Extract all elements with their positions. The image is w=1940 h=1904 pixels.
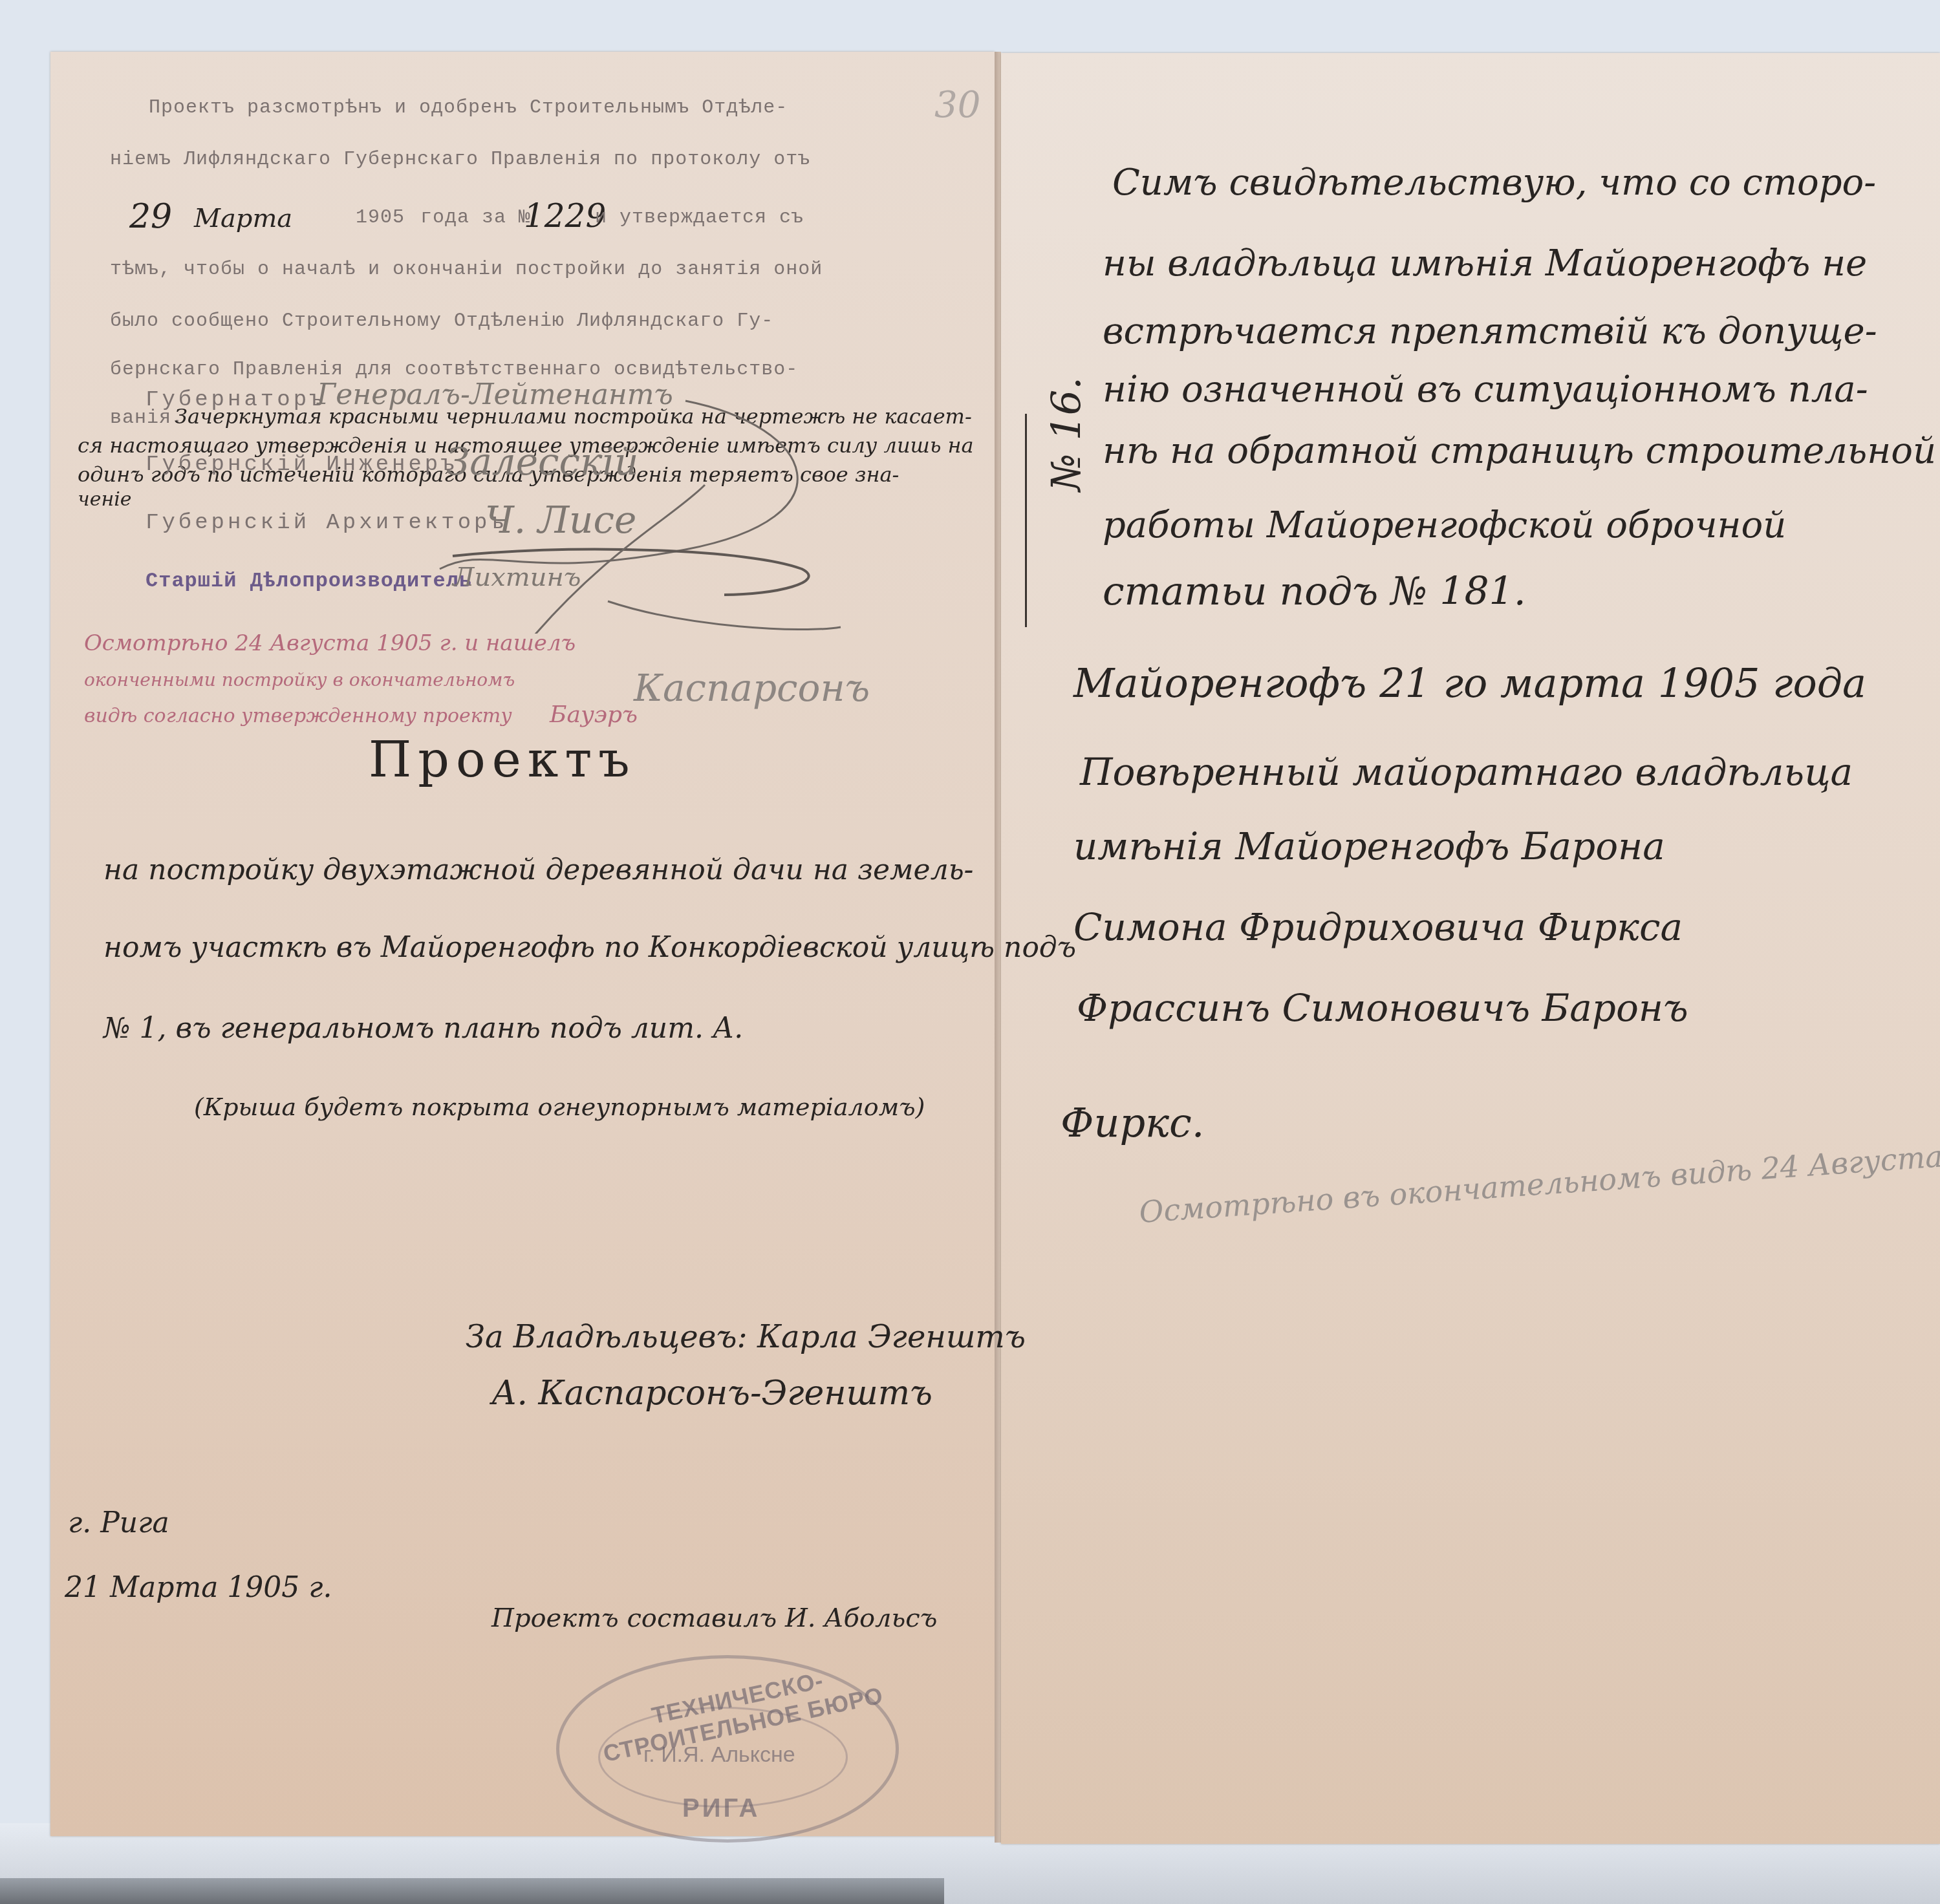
document-title: Проектъ [369,731,636,788]
approval-handwritten-month: Марта [194,204,292,233]
margin-bracket [1025,414,1036,627]
approval-handwritten-number: 1229 [524,197,606,235]
bureau-stamp: ТЕХНИЧЕСКО-СТРОИТЕЛЬНОЕ БЮРО г. И.Я. Аль… [556,1655,899,1843]
official-title-engineer: Губернскій Инженеръ [145,453,458,477]
signatory-line-4: Фрассинъ Симоновичъ Баронъ [1077,986,1688,1030]
certificate-line-6: работы Майоренгофской оброчной [1103,504,1786,546]
red-note-line-1: Осмотрѣно 24 Августа 1905 г. и нашелъ [84,630,576,656]
certificate-line-5: нѣ на обратной страницѣ строительной [1103,430,1936,472]
approval-handwritten-day: 29 [129,197,172,236]
owner-signature-line-2: А. Каспарсонъ-Эгенштъ [491,1374,932,1413]
description-line-1: на постройку двухэтажной деревянной дачи… [103,853,973,886]
approval-line-6: было сообщено Строительному Отдѣленію Ли… [110,310,773,332]
signatory-line-3: Симона Фридриховича Фиркса [1073,905,1683,949]
description-roof-note: (Крыша будетъ покрыта огнеупорнымъ матер… [194,1093,925,1121]
red-note-line-2: оконченными постройку в окончательномъ [84,669,515,690]
certificate-place-date: Майоренгофъ 21 го марта 1905 года [1073,659,1866,707]
owner-signature-line-1: За Владѣльцевъ: Карла Эгенштъ [466,1319,1026,1355]
official-title-governor: Губернаторъ [145,388,326,412]
signatory-line-5: Фиркс. [1061,1099,1205,1146]
background-photo-strip [0,1878,944,1904]
place-label: г. Рига [68,1506,169,1539]
signature-flourish-icon [414,388,854,634]
signatory-line-1: Повѣренный майоратнаго владѣльца [1080,750,1853,794]
certificate-line-4: нію означенной въ ситуаціонномъ пла- [1103,369,1868,411]
document-date: 21 Марта 1905 г. [65,1571,332,1604]
approval-line-2: ніемъ Лифляндскаго Губернскаго Правленія… [110,149,810,171]
description-line-3: № 1, въ генеральномъ планѣ подъ лит. А. [103,1012,743,1045]
note-line-4: ченіе [78,488,132,511]
description-line-2: номъ участкѣ въ Майоренгофѣ по Конкордіе… [103,931,1076,964]
certificate-line-3: встрѣчается препятствій къ допуще- [1103,310,1877,352]
approval-line-5: тѣмъ, чтобы о началѣ и окончаніи построй… [110,259,823,281]
approval-year: 1905 [356,207,405,229]
certificate-line-1: Симъ свидѣтельствую, что со сторо- [1112,162,1876,204]
approval-line-7: бернскаго Правленія для соотвѣтственнаго… [110,359,798,381]
vertical-document-number: № 16. [1042,377,1090,491]
stamp-city-text: РИГА [682,1794,760,1823]
certificate-line-7: статьи подъ № 181. [1103,569,1526,614]
pencil-signature: Каспарсонъ [634,666,870,710]
archive-folio-number: 30 [934,84,980,126]
compiled-by-signature: Проектъ составилъ И. Абольсъ [491,1603,937,1633]
red-note-line-3: видѣ согласно утвержденному проекту [84,705,512,727]
approval-line-4: и утверждается съ [595,207,804,229]
stamp-center-text: г. И.Я. Альксне [643,1742,795,1768]
approval-line-1: Проектъ разсмотрѣнъ и одобренъ Строитель… [149,97,788,119]
red-note-signature: Бауэръ [550,701,638,728]
certificate-line-2: ны владѣльца имѣнія Майоренгофъ не [1103,242,1867,284]
approval-line-3: года за № [420,207,531,229]
signatory-line-2: имѣнія Майоренгофъ Барона [1073,824,1665,868]
